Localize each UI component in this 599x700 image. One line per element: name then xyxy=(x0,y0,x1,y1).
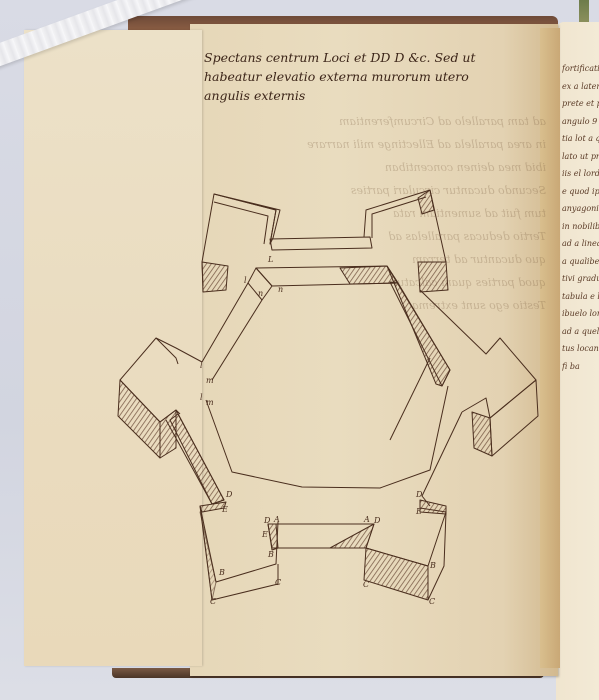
point-label: A xyxy=(273,515,280,524)
point-label: l xyxy=(200,393,203,402)
point-label: l xyxy=(244,276,247,285)
curtain-top xyxy=(270,237,372,250)
point-label: C xyxy=(275,578,281,587)
point-label: D xyxy=(263,516,271,525)
point-label: C xyxy=(210,597,216,606)
point-label: l xyxy=(200,361,203,370)
diagram-point-labels: L l n n l m l m D E D A E B A D D E B C … xyxy=(200,255,436,606)
point-label: A xyxy=(363,515,370,524)
point-label: C xyxy=(363,580,369,589)
point-label: C xyxy=(429,597,435,606)
point-label: B xyxy=(218,568,225,577)
point-label: B xyxy=(429,561,436,570)
bastion-top-left-face xyxy=(214,194,280,244)
point-label: B xyxy=(267,550,274,559)
point-label: E xyxy=(221,505,228,514)
point-label: E xyxy=(415,507,422,516)
bookmark-ribbon xyxy=(579,0,589,22)
point-label: E xyxy=(261,530,268,539)
bastion-bottom-right-face xyxy=(364,548,428,600)
point-label: n xyxy=(278,285,283,294)
point-label: D xyxy=(225,490,233,499)
bastion-right-face xyxy=(490,380,538,456)
bastion-left-face xyxy=(118,380,160,458)
point-label: L xyxy=(267,255,273,264)
point-label: m xyxy=(206,398,214,407)
point-label: D xyxy=(415,490,423,499)
bastion-top-right-flank xyxy=(418,262,448,292)
point-label: n xyxy=(258,289,263,298)
fortress-diagram: L l n n l m l m D E D A E B A D D E B C … xyxy=(0,0,599,700)
bastion-top-left-flank xyxy=(202,262,228,292)
point-label: D xyxy=(373,516,381,525)
point-label: m xyxy=(206,376,214,385)
